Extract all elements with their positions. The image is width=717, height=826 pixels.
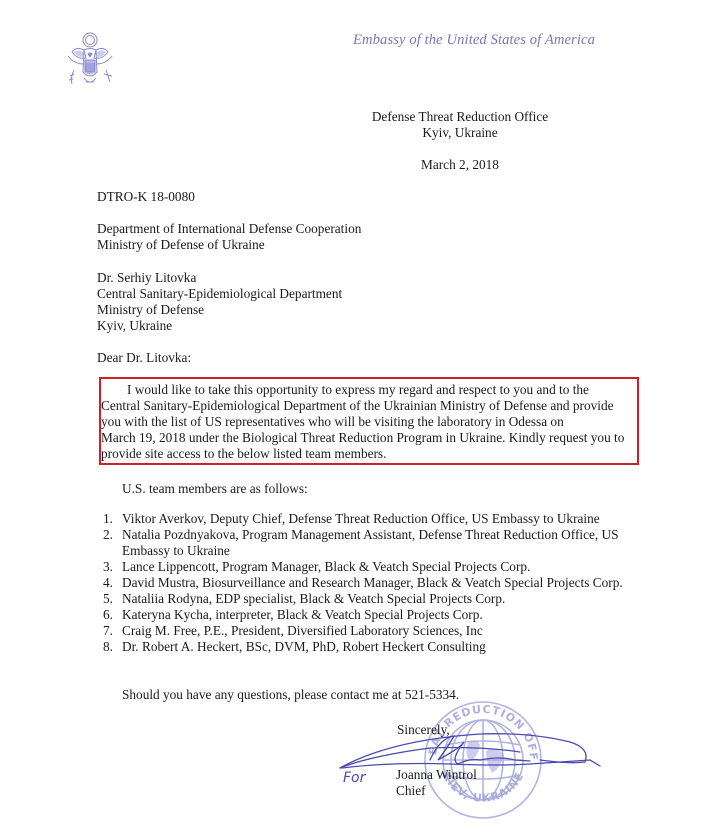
item-text: Lance Lippencott, Program Manager, Black…: [122, 559, 643, 575]
members-intro: U.S. team members are as follows:: [122, 481, 308, 497]
body-line: I would like to take this opportunity to…: [101, 382, 641, 398]
item-text: Natalia Pozdnyakova, Program Management …: [122, 527, 643, 559]
members-list: 1.Viktor Averkov, Deputy Chief, Defense …: [103, 511, 643, 655]
body-line: you with the list of US representatives …: [101, 414, 641, 430]
item-number: 4.: [103, 575, 122, 591]
recipient-city: Kyiv, Ukraine: [97, 318, 342, 334]
item-number: 2.: [103, 527, 122, 559]
list-item: 3.Lance Lippencott, Program Manager, Bla…: [103, 559, 643, 575]
item-number: 8.: [103, 639, 122, 655]
list-item: 1.Viktor Averkov, Deputy Chief, Defense …: [103, 511, 643, 527]
salutation: Dear Dr. Litovka:: [97, 350, 191, 366]
list-item: 8.Dr. Robert A. Heckert, BSc, DVM, PhD, …: [103, 639, 643, 655]
item-number: 7.: [103, 623, 122, 639]
item-text: David Mustra, Biosurveillance and Resear…: [122, 575, 643, 591]
recipient-department: Central Sanitary-Epidemiological Departm…: [97, 286, 342, 302]
signer-title: Chief: [396, 783, 426, 799]
reference-number: DTRO-K 18-0080: [97, 189, 195, 205]
item-number: 6.: [103, 607, 122, 623]
item-text: Nataliia Rodyna, EDP specialist, Black &…: [122, 591, 643, 607]
recipient-organization: Department of International Defense Coop…: [97, 221, 361, 253]
body-line: Central Sanitary-Epidemiological Departm…: [101, 398, 641, 414]
item-text: Kateryna Kycha, interpreter, Black & Vea…: [122, 607, 643, 623]
list-item: 4.David Mustra, Biosurveillance and Rese…: [103, 575, 643, 591]
body-line: March 19, 2018 under the Biological Thre…: [101, 430, 641, 446]
item-text: Viktor Averkov, Deputy Chief, Defense Th…: [122, 511, 643, 527]
signer-name: Joanna Wintrol: [396, 767, 477, 783]
list-item: 5.Nataliia Rodyna, EDP specialist, Black…: [103, 591, 643, 607]
office-city: Kyiv, Ukraine: [330, 125, 590, 141]
item-number: 5.: [103, 591, 122, 607]
embassy-title: Embassy of the United States of America: [353, 32, 595, 48]
list-item: 6.Kateryna Kycha, interpreter, Black & V…: [103, 607, 643, 623]
list-item: 7.Craig M. Free, P.E., President, Divers…: [103, 623, 643, 639]
letter-date: March 2, 2018: [330, 157, 590, 173]
for-mark: For: [343, 770, 365, 786]
us-great-seal-icon: [66, 30, 114, 92]
item-number: 3.: [103, 559, 122, 575]
contact-line: Should you have any questions, please co…: [122, 687, 459, 703]
recipient-ministry: Ministry of Defense: [97, 302, 342, 318]
recipient-name: Dr. Serhiy Litovka: [97, 270, 342, 286]
body-paragraph: I would like to take this opportunity to…: [101, 382, 641, 462]
recipient-org-line2: Ministry of Defense of Ukraine: [97, 237, 361, 253]
recipient-org-line1: Department of International Defense Coop…: [97, 221, 361, 237]
body-line: provide site access to the below listed …: [101, 446, 641, 462]
office-name: Defense Threat Reduction Office: [330, 109, 590, 125]
recipient-address: Dr. Serhiy Litovka Central Sanitary-Epid…: [97, 270, 342, 334]
item-text: Dr. Robert A. Heckert, BSc, DVM, PhD, Ro…: [122, 639, 643, 655]
list-item: 2.Natalia Pozdnyakova, Program Managemen…: [103, 527, 643, 559]
item-text: Craig M. Free, P.E., President, Diversif…: [122, 623, 643, 639]
item-number: 1.: [103, 511, 122, 527]
